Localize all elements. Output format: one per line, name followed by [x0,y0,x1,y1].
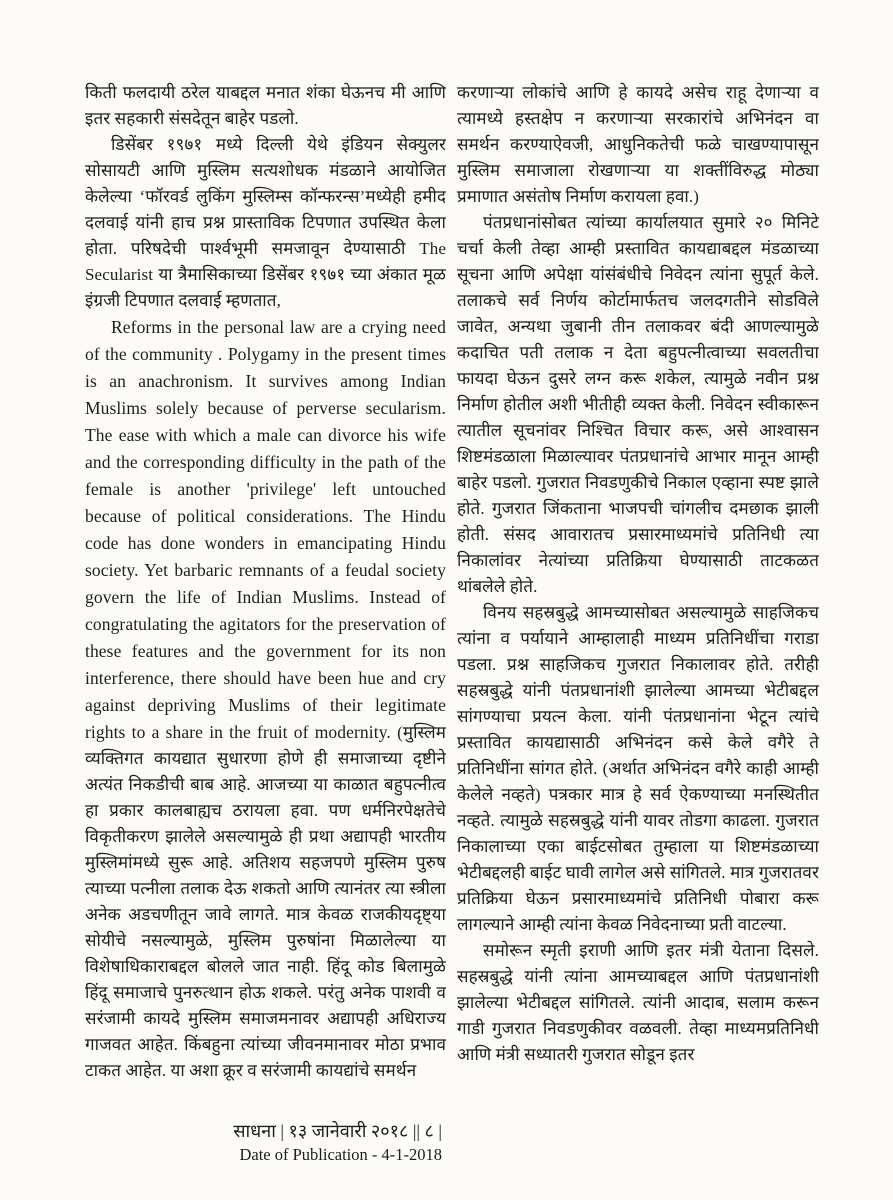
publication-date-line: Date of Publication - 4-1-2018 [0,1143,442,1166]
right-text-column: करणाऱ्या लोकांचे आणि हे कायदे असेच राहू … [457,80,819,1125]
magazine-page: किती फलदायी ठरेल याबद्दल मनात शंका घेऊनच… [0,0,893,1200]
page-footer: साधना | १३ जानेवारी २०१८ || ८ | Date of … [0,1119,442,1166]
paragraph-continued-from-previous-page: किती फलदायी ठरेल याबद्दल मनात शंका घेऊनच… [85,80,446,132]
paragraph-conference-background: डिसेंबर १९७१ मध्ये दिल्ली येथे इंडियन से… [85,132,446,314]
paragraph-pm-meeting: पंतप्रधानांसोबत त्यांच्या कार्यालयात सुम… [457,210,819,600]
paragraph-smriti-irani: समोरून स्मृती इराणी आणि इतर मंत्री येतान… [457,938,819,1068]
paragraph-secularist-quote: Reforms in the personal law are a crying… [85,314,446,1084]
left-text-column: किती फलदायी ठरेल याबद्दल मनात शंका घेऊनच… [85,80,446,1125]
journal-issue-page-line: साधना | १३ जानेवारी २०१८ || ८ | [0,1119,442,1143]
english-quote-text: Reforms in the personal law are a crying… [85,317,446,742]
paragraph-media-encounter: विनय सहस्रबुद्धे आमच्यासोबत असल्यामुळे स… [457,600,819,938]
paragraph-quote-conclusion: करणाऱ्या लोकांचे आणि हे कायदे असेच राहू … [457,80,819,210]
marathi-translation-text: (मुस्लिम व्यक्तिगत कायद्यात सुधारणा होणे… [85,723,446,1080]
